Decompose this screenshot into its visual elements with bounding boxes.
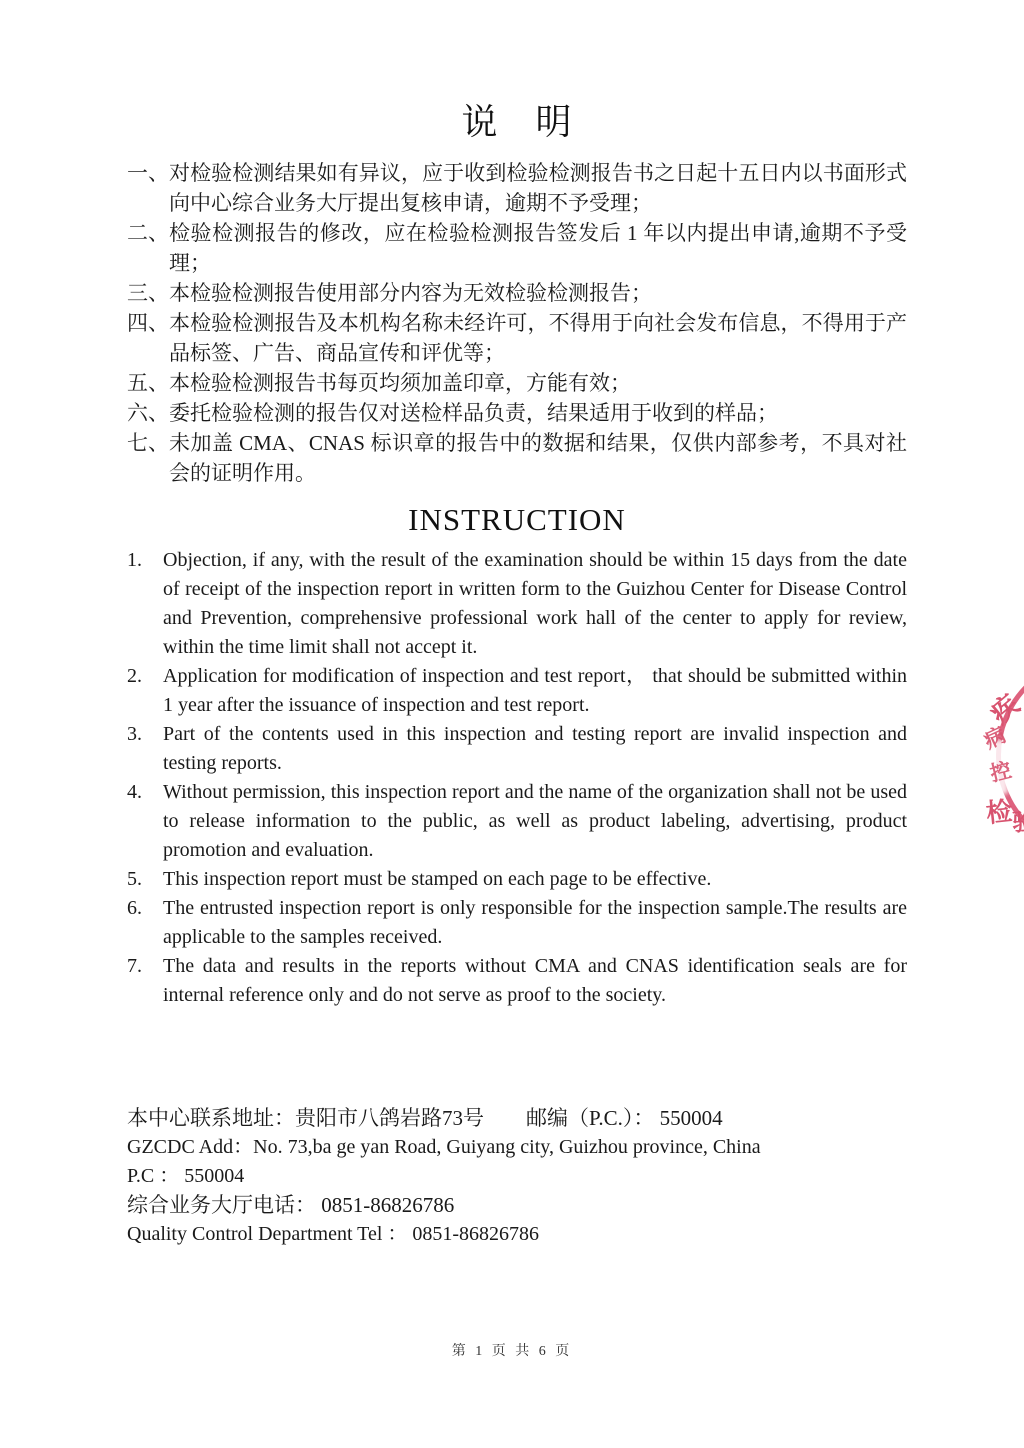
page-number-footer: 第 1 页 共 6 页 — [0, 1340, 1024, 1360]
cn-note-4: 四、 本检验检测报告及本机构名称未经许可，不得用于向社会发布信息，不得用于产品标… — [127, 308, 907, 368]
en-note-text: The data and results in the reports with… — [163, 952, 907, 1010]
stamp-character: 病 — [979, 719, 1011, 755]
postal-code-line: P.C ： 550004 — [127, 1162, 907, 1191]
en-note-1: 1. Objection, if any, with the result of… — [127, 546, 907, 662]
en-note-text: This inspection report must be stamped o… — [163, 865, 907, 894]
document-page: 说 明 一、 对检验检测结果如有异议，应于收到检验检测报告书之日起十五日内以书面… — [0, 0, 1024, 1448]
address-line-cn: 本中心联系地址：贵阳市八鸽岩路73号 邮编（P.C.）： 550004 — [127, 1104, 907, 1133]
en-note-4: 4. Without permission, this inspection r… — [127, 778, 907, 865]
cn-note-number: 三、 — [127, 278, 169, 308]
cn-note-number: 一、 — [127, 158, 169, 218]
en-note-number: 6. — [127, 894, 163, 952]
page-content: 说 明 一、 对检验检测结果如有异议，应于收到检验检测报告书之日起十五日内以书面… — [127, 100, 907, 1249]
cn-note-number: 五、 — [127, 368, 169, 398]
stamp-ink-fade — [988, 740, 1008, 794]
cn-note-number: 四、 — [127, 308, 169, 368]
cn-note-text: 委托检验检测的报告仅对送检样品负责，结果适用于收到的样品； — [169, 398, 907, 428]
en-note-number: 5. — [127, 865, 163, 894]
phone-line-en: Quality Control Department Tel ： 0851-86… — [127, 1220, 907, 1249]
official-stamp: 疾 病 控 检 验 — [946, 648, 1024, 873]
cn-note-3: 三、 本检验检测报告使用部分内容为无效检验检测报告； — [127, 278, 907, 308]
chinese-title: 说 明 — [127, 100, 907, 144]
contact-block: 本中心联系地址：贵阳市八鸽岩路73号 邮编（P.C.）： 550004 GZCD… — [127, 1104, 907, 1249]
cn-note-text: 本检验检测报告使用部分内容为无效检验检测报告； — [169, 278, 907, 308]
cn-note-7: 七、 未加盖 CMA、CNAS 标识章的报告中的数据和结果，仅供内部参考，不具对… — [127, 428, 907, 488]
stamp-character: 检 — [984, 791, 1014, 831]
en-note-text: Without permission, this inspection repo… — [163, 778, 907, 865]
en-note-number: 3. — [127, 720, 163, 778]
cn-note-1: 一、 对检验检测结果如有异议，应于收到检验检测报告书之日起十五日内以书面形式向中… — [127, 158, 907, 218]
en-note-number: 4. — [127, 778, 163, 865]
cn-note-text: 本检验检测报告书每页均须加盖印章，方能有效； — [169, 368, 907, 398]
cn-note-text: 检验检测报告的修改，应在检验检测报告签发后 1 年以内提出申请,逾期不予受理； — [169, 218, 907, 278]
cn-note-number: 六、 — [127, 398, 169, 428]
english-notes-list: 1. Objection, if any, with the result of… — [127, 546, 907, 1010]
stamp-character: 疾 — [981, 684, 1024, 731]
en-note-2: 2. Application for modification of inspe… — [127, 662, 907, 720]
cn-note-text: 未加盖 CMA、CNAS 标识章的报告中的数据和结果，仅供内部参考，不具对社会的… — [169, 428, 907, 488]
cn-note-text: 本检验检测报告及本机构名称未经许可，不得用于向社会发布信息，不得用于产品标签、广… — [169, 308, 907, 368]
en-note-6: 6. The entrusted inspection report is on… — [127, 894, 907, 952]
stamp-character: 验 — [1011, 801, 1024, 838]
en-note-number: 1. — [127, 546, 163, 662]
en-note-number: 7. — [127, 952, 163, 1010]
en-note-number: 2. — [127, 662, 163, 720]
en-note-text: Application for modification of inspecti… — [163, 662, 907, 720]
cn-note-number: 七、 — [127, 428, 169, 488]
en-note-3: 3. Part of the contents used in this ins… — [127, 720, 907, 778]
cn-note-text: 对检验检测结果如有异议，应于收到检验检测报告书之日起十五日内以书面形式向中心综合… — [169, 158, 907, 218]
en-note-text: Part of the contents used in this inspec… — [163, 720, 907, 778]
en-note-text: Objection, if any, with the result of th… — [163, 546, 907, 662]
cn-note-2: 二、 检验检测报告的修改，应在检验检测报告签发后 1 年以内提出申请,逾期不予受… — [127, 218, 907, 278]
en-note-text: The entrusted inspection report is only … — [163, 894, 907, 952]
cn-note-6: 六、 委托检验检测的报告仅对送检样品负责，结果适用于收到的样品； — [127, 398, 907, 428]
cn-note-5: 五、 本检验检测报告书每页均须加盖印章，方能有效； — [127, 368, 907, 398]
stamp-character: 控 — [987, 754, 1015, 788]
stamp-ring — [996, 655, 1024, 855]
chinese-notes-list: 一、 对检验检测结果如有异议，应于收到检验检测报告书之日起十五日内以书面形式向中… — [127, 158, 907, 488]
cn-note-number: 二、 — [127, 218, 169, 278]
en-note-7: 7. The data and results in the reports w… — [127, 952, 907, 1010]
address-line-en: GZCDC Add：No. 73,ba ge yan Road, Guiyang… — [127, 1133, 907, 1162]
en-note-5: 5. This inspection report must be stampe… — [127, 865, 907, 894]
phone-line-cn: 综合业务大厅电话： 0851-86826786 — [127, 1191, 907, 1220]
english-title: INSTRUCTION — [127, 500, 907, 540]
